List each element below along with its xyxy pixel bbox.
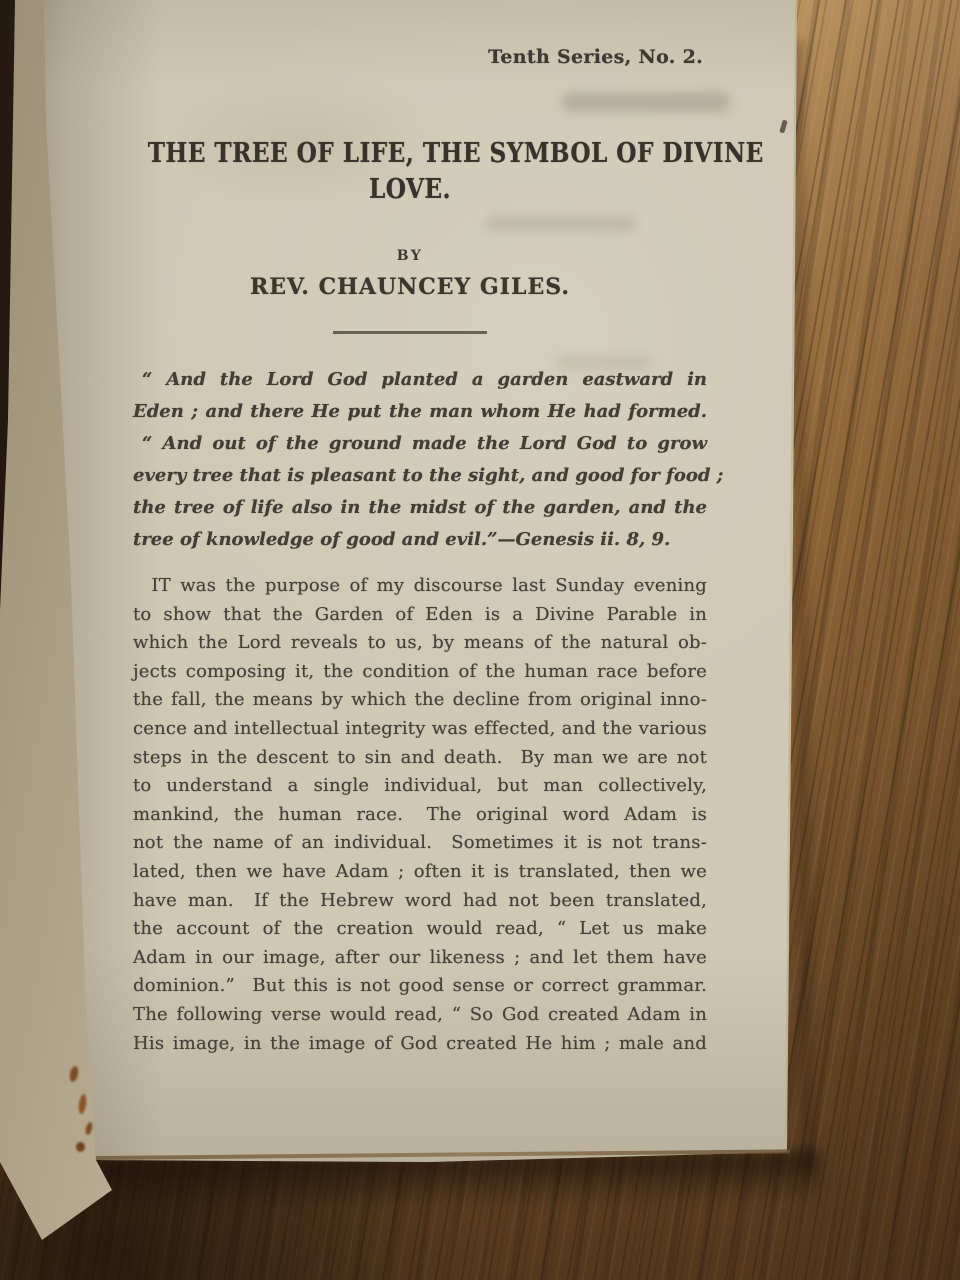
body-line: the fall, the means by which the decline… [133, 686, 707, 715]
epigraph-line: Eden ; and there He put the man whom He … [133, 396, 707, 428]
body-line: dominion.” But this is not good sense or… [133, 972, 707, 1001]
page-title: THE TREE OF LIFE, THE SYMBOL OF DIVINE L… [105, 136, 715, 208]
page-content: Tenth Series, No. 2. THE TREE OF LIFE, T… [105, 0, 715, 1200]
body-line: not the name of an individual. Sometimes… [133, 829, 707, 858]
epigraph-quote: “ And the Lord God planted a garden east… [133, 364, 707, 556]
body-line: steps in the descent to sin and death. B… [133, 744, 707, 773]
worn-fold-speck [76, 1142, 85, 1152]
ink-spot-mark [779, 120, 787, 134]
body-line: His image, in the image of God created H… [133, 1030, 707, 1059]
body-line: The following verse would read, “ So God… [133, 1001, 707, 1030]
body-line: cence and intellectual integrity was eff… [133, 715, 707, 744]
epigraph-line: “ And the Lord God planted a garden east… [133, 364, 707, 396]
body-line: to understand a single individual, but m… [133, 772, 707, 801]
title-line-2: LOVE. [148, 172, 673, 208]
title-line-1: THE TREE OF LIFE, THE SYMBOL OF DIVINE [148, 136, 673, 172]
divider-rule [333, 331, 487, 334]
body-line: IT was the purpose of my discourse last … [133, 572, 707, 601]
body-line: have man. If the Hebrew word had not bee… [133, 887, 707, 916]
body-line: Adam in our image, after our likeness ; … [133, 944, 707, 973]
body-line: to show that the Garden of Eden is a Div… [133, 601, 707, 630]
body-line: lated, then we have Adam ; often it is t… [133, 858, 707, 887]
book-photo-scene: Tenth Series, No. 2. THE TREE OF LIFE, T… [0, 0, 960, 1280]
body-paragraph: IT was the purpose of my discourse last … [133, 572, 707, 1058]
body-line: which the Lord reveals to us, by means o… [133, 629, 707, 658]
epigraph-line: “ And out of the ground made the Lord Go… [133, 428, 707, 460]
byline-by: BY [105, 248, 715, 264]
body-line: mankind, the human race. The original wo… [133, 801, 707, 830]
body-line: the account of the creation would read, … [133, 915, 707, 944]
body-line: jects composing it, the condition of the… [133, 658, 707, 687]
series-label: Tenth Series, No. 2. [488, 46, 703, 68]
epigraph-line: tree of knowledge of good and evil.”—Gen… [133, 524, 707, 556]
epigraph-line: every tree that is pleasant to the sight… [133, 460, 707, 492]
byline-author: REV. CHAUNCEY GILES. [105, 274, 715, 300]
epigraph-line: the tree of life also in the midst of th… [133, 492, 707, 524]
